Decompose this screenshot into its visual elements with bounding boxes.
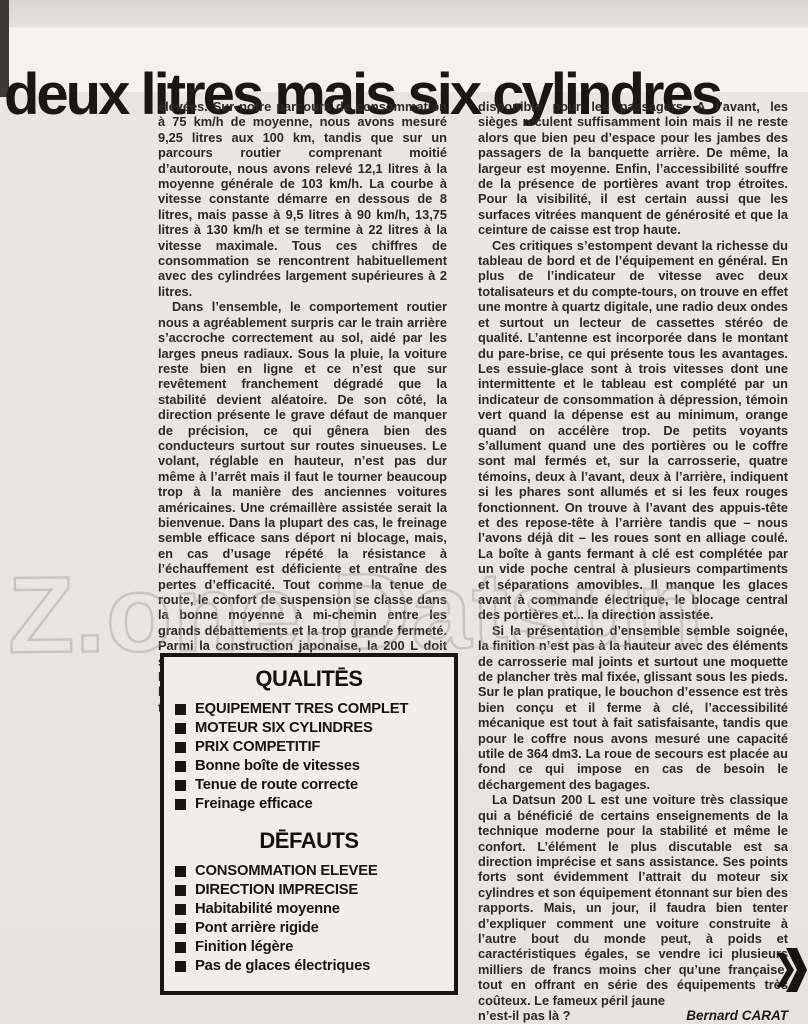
list-item-label: EQUIPEMENT TRES COMPLET bbox=[195, 700, 408, 719]
list-item: MOTEUR SIX CYLINDRES bbox=[175, 719, 446, 738]
square-bullet-icon bbox=[175, 904, 186, 915]
list-item-label: Freinage efficace bbox=[195, 795, 313, 814]
square-bullet-icon bbox=[175, 866, 186, 877]
list-item-label: Tenue de route correcte bbox=[195, 776, 358, 795]
square-bullet-icon bbox=[175, 961, 186, 972]
list-item: Freinage efficace bbox=[175, 795, 446, 814]
article-column-left: élevées. Sur notre parcours de consommat… bbox=[158, 99, 447, 715]
list-item: EQUIPEMENT TRES COMPLET bbox=[175, 700, 446, 719]
closing-question: n’est-il pas là ? bbox=[478, 1008, 570, 1023]
article-paragraph: Ces critiques s’estompent devant la rich… bbox=[478, 238, 788, 623]
list-item: Finition légère bbox=[175, 938, 446, 957]
defects-title: DĒFAUTS bbox=[164, 828, 454, 854]
list-item-label: Finition légère bbox=[195, 938, 293, 957]
square-bullet-icon bbox=[175, 761, 186, 772]
article-paragraph: La Datsun 200 L est une voiture très cla… bbox=[478, 792, 788, 1008]
list-item: Tenue de route correcte bbox=[175, 776, 446, 795]
square-bullet-icon bbox=[175, 723, 186, 734]
qualities-title: QUALITĒS bbox=[164, 666, 454, 692]
scan-top-edge bbox=[0, 0, 808, 27]
list-item-label: PRIX COMPETITIF bbox=[195, 738, 320, 757]
list-item: Habitabilité moyenne bbox=[175, 900, 446, 919]
magazine-page: deux litres mais six cylindres Z.one.Dat… bbox=[0, 0, 808, 1024]
list-item: PRIX COMPETITIF bbox=[175, 738, 446, 757]
list-item: Pas de glaces électriques bbox=[175, 957, 446, 976]
author-byline: Bernard CARAT bbox=[686, 1008, 788, 1023]
list-item-label: Habitabilité moyenne bbox=[195, 900, 340, 919]
list-item-label: DIRECTION IMPRECISE bbox=[195, 881, 358, 900]
square-bullet-icon bbox=[175, 885, 186, 896]
qualities-list: EQUIPEMENT TRES COMPLET MOTEUR SIX CYLIN… bbox=[164, 700, 454, 814]
square-bullet-icon bbox=[175, 780, 186, 791]
square-bullet-icon bbox=[175, 942, 186, 953]
list-item-label: Pont arrière rigide bbox=[195, 919, 319, 938]
list-item: Bonne boîte de vitesses bbox=[175, 757, 446, 776]
article-paragraph: disponible pour les passagers. A l’avant… bbox=[478, 99, 788, 238]
list-item-label: Bonne boîte de vitesses bbox=[195, 757, 360, 776]
list-item: Pont arrière rigide bbox=[175, 919, 446, 938]
end-quote-icon bbox=[777, 948, 807, 997]
pros-cons-box: QUALITĒS EQUIPEMENT TRES COMPLET MOTEUR … bbox=[160, 653, 458, 995]
square-bullet-icon bbox=[175, 923, 186, 934]
list-item-label: CONSOMMATION ELEVEE bbox=[195, 862, 378, 881]
list-item-label: Pas de glaces électriques bbox=[195, 957, 370, 976]
article-paragraph: Si la présentation d’ensemble semble soi… bbox=[478, 623, 788, 792]
list-item: DIRECTION IMPRECISE bbox=[175, 881, 446, 900]
square-bullet-icon bbox=[175, 799, 186, 810]
article-column-right: disponible pour les passagers. A l’avant… bbox=[478, 99, 788, 1023]
signature-row: n’est-il pas là ? Bernard CARAT bbox=[478, 1008, 788, 1023]
square-bullet-icon bbox=[175, 704, 186, 715]
square-bullet-icon bbox=[175, 742, 186, 753]
article-paragraph: élevées. Sur notre parcours de consommat… bbox=[158, 99, 447, 299]
list-item-label: MOTEUR SIX CYLINDRES bbox=[195, 719, 373, 738]
defects-list: CONSOMMATION ELEVEE DIRECTION IMPRECISE … bbox=[164, 862, 454, 976]
list-item: CONSOMMATION ELEVEE bbox=[175, 862, 446, 881]
